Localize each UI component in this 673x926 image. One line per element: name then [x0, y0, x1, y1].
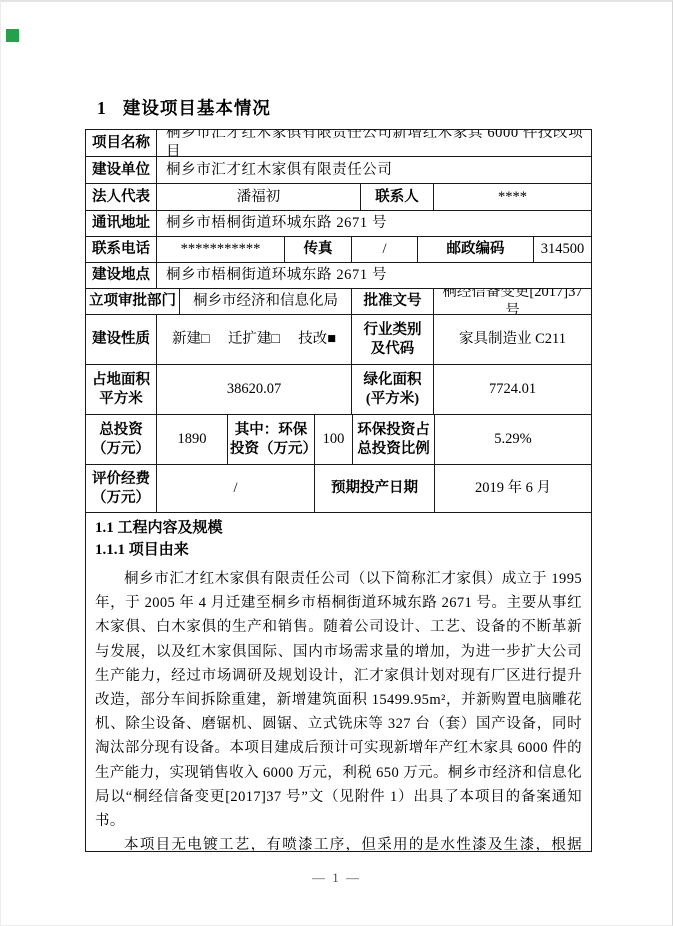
table-row-mailing-address: 通讯地址 桐乡市梧桐街道环城东路 2671 号 [86, 211, 591, 237]
row-label: 其中：环保 投资（万元） [228, 415, 315, 464]
row-label: 批准文号 [352, 289, 434, 314]
green-marker [6, 29, 19, 42]
row-value: 5.29% [435, 415, 591, 464]
section-project-content: 1.1 工程内容及规模 1.1.1 项目由来 桐乡市汇才红木家俱有限责任公司（以… [86, 513, 591, 852]
row-label: 总投资 （万元） [86, 415, 157, 464]
document-page: 1 建设项目基本情况 项目名称 桐乡市汇才红木家俱有限责任公司新增红木家具 60… [0, 0, 673, 926]
row-label: 通讯地址 [86, 211, 157, 236]
table-row-evaluation-fee: 评价经费 （万元） / 预期投产日期 2019 年 6 月 [86, 465, 591, 513]
row-label: 建设性质 [86, 315, 157, 364]
row-value: 38620.07 [157, 365, 352, 414]
row-value: 100 [315, 415, 353, 464]
row-value: 桐乡市经济和信息化局 [180, 289, 352, 314]
row-value: 7724.01 [434, 365, 591, 414]
row-label: 行业类别 及代码 [352, 315, 434, 364]
page-number: — 1 — [1, 870, 672, 886]
row-value: 桐乡市汇才红木家俱有限责任公司新增红木家具 6000 件技改项目 [157, 130, 591, 156]
row-label: 传真 [285, 237, 352, 262]
row-value: *********** [157, 237, 285, 262]
row-label: 建设地点 [86, 263, 157, 288]
row-label: 项目名称 [86, 130, 157, 156]
paragraph-project-origin: 桐乡市汇才红木家俱有限责任公司（以下简称汇才家俱）成立于 1995 年，于 20… [95, 567, 582, 833]
row-label: 绿化面积 (平方米) [352, 365, 434, 414]
table-row-construction-unit: 建设单位 桐乡市汇才红木家俱有限责任公司 [86, 157, 591, 184]
row-value: 2019 年 6 月 [435, 465, 591, 512]
page-title: 1 建设项目基本情况 [97, 95, 271, 120]
row-label: 评价经费 （万元） [86, 465, 157, 512]
section-heading-1-1-1: 1.1.1 项目由来 [95, 539, 582, 561]
table-row-approval-department: 立项审批部门 桐乡市经济和信息化局 批准文号 桐经信备变更[2017]37 号 [86, 289, 591, 315]
row-label: 邮政编码 [418, 237, 534, 262]
row-label: 预期投产日期 [315, 465, 435, 512]
row-value: 家具制造业 C211 [434, 315, 591, 364]
paragraph-process-category: 本项目无电镀工艺，有喷漆工序，但采用的是水性漆及生漆，根据《建设项目环境影响评价… [95, 833, 582, 852]
row-value: **** [434, 184, 591, 210]
row-value-checkboxes: 新建□ 迁扩建□ 技改■ [157, 315, 352, 364]
row-value: / [157, 465, 315, 512]
row-label: 联系人 [361, 184, 434, 210]
row-label: 立项审批部门 [86, 289, 180, 314]
table-row-construction-nature: 建设性质 新建□ 迁扩建□ 技改■ 行业类别 及代码 家具制造业 C211 [86, 315, 591, 365]
project-info-table: 项目名称 桐乡市汇才红木家俱有限责任公司新增红木家具 6000 件技改项目 建设… [85, 129, 592, 852]
table-row-contact-phone: 联系电话 *********** 传真 / 邮政编码 314500 [86, 237, 591, 263]
table-row-construction-site: 建设地点 桐乡市梧桐街道环城东路 2671 号 [86, 263, 591, 289]
row-label: 建设单位 [86, 157, 157, 183]
table-row-project-name: 项目名称 桐乡市汇才红木家俱有限责任公司新增红木家具 6000 件技改项目 [86, 130, 591, 157]
row-value: / [352, 237, 418, 262]
row-value: 1890 [157, 415, 228, 464]
table-row-total-investment: 总投资 （万元） 1890 其中：环保 投资（万元） 100 环保投资占 总投资… [86, 415, 591, 465]
row-value: 桐乡市梧桐街道环城东路 2671 号 [157, 211, 591, 236]
row-value: 桐乡市汇才红木家俱有限责任公司 [157, 157, 591, 183]
row-value: 桐经信备变更[2017]37 号 [434, 289, 591, 314]
row-label: 联系电话 [86, 237, 157, 262]
row-label: 环保投资占 总投资比例 [353, 415, 435, 464]
row-value: 314500 [534, 237, 591, 262]
row-value: 桐乡市梧桐街道环城东路 2671 号 [157, 263, 591, 288]
section-heading-1-1: 1.1 工程内容及规模 [95, 517, 582, 539]
row-value: 潘福初 [157, 184, 361, 210]
row-label: 法人代表 [86, 184, 157, 210]
table-row-legal-representative: 法人代表 潘福初 联系人 **** [86, 184, 591, 211]
row-label: 占地面积 平方米 [86, 365, 157, 414]
table-row-land-area: 占地面积 平方米 38620.07 绿化面积 (平方米) 7724.01 [86, 365, 591, 415]
